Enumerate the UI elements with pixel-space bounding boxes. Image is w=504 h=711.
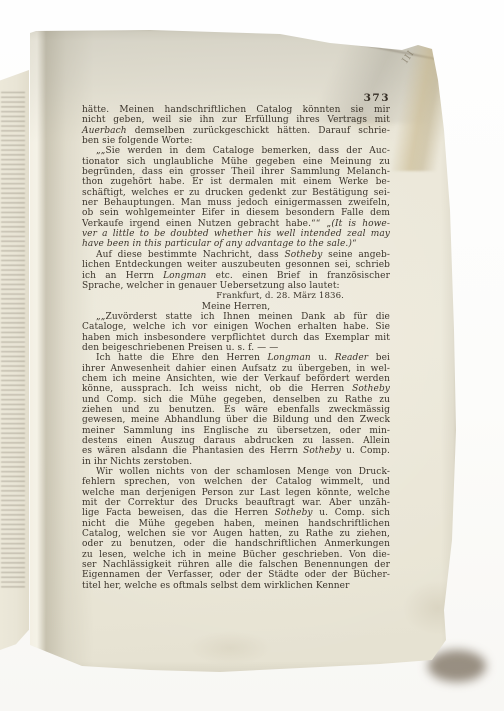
- text-line: „„Sie werden in dem Cataloge bemerken, d…: [82, 146, 390, 156]
- text-line: ser Nachlässigkeit rühren alle die falsc…: [82, 560, 390, 570]
- text-line: ich an Herrn Longman etc. einen Brief in…: [82, 271, 390, 281]
- text-line: nicht die Mühe gegeben haben, meinen han…: [82, 519, 390, 529]
- salutation-line: Meine Herren,: [82, 302, 390, 312]
- text-line: tionator sich unglaubliche Mühe gegeben …: [82, 157, 390, 167]
- page-corner-shadow: [428, 650, 486, 682]
- text-line: gewesen, meine Abhandlung über die Bildu…: [82, 415, 390, 425]
- text-line: ver a little to be doubted whether his w…: [82, 229, 390, 239]
- text-line: thon zugehört habe. Er ist dermalen mit …: [82, 177, 390, 187]
- text-line: welche man derjenigen Person zur Last le…: [82, 488, 390, 498]
- text-line: destens einen Auszug daraus abdrucken zu…: [82, 436, 390, 446]
- text-line: ziehen und zu benutzen. Es wäre ebenfall…: [82, 405, 390, 415]
- text-line: hätte. Meinen handschriftlichen Catalog …: [82, 105, 390, 115]
- text-line: Auf diese bestimmte Nachricht, dass Soth…: [82, 250, 390, 260]
- text-line: Wir wollen nichts von der schamlosen Men…: [82, 467, 390, 477]
- text-line: Eigennamen der Verfasser, oder der Städt…: [82, 570, 390, 580]
- text-line: oder zu benutzen, oder die handschriftli…: [82, 539, 390, 549]
- text-line: ihrer Anwesenheit dahier einen Aufsatz z…: [82, 364, 390, 374]
- text-line: meiner Sammlung ins Englische zu überset…: [82, 426, 390, 436]
- text-line: Cataloge, welche ich vor einigen Wochen …: [82, 322, 390, 332]
- facing-page-edge: [0, 70, 29, 650]
- book-photo-scene: III 373 hätte. Meinen handschriftlichen …: [0, 0, 504, 711]
- book-page: III 373 hätte. Meinen handschriftlichen …: [30, 28, 458, 676]
- text-line: fehlern sprechen, von welchen der Catalo…: [82, 477, 390, 487]
- text-block: hätte. Meinen handschriftlichen Catalog …: [82, 105, 390, 591]
- text-line: Verkaufe irgend einen Nutzen gebracht ha…: [82, 219, 390, 229]
- text-line: und Comp. sich die Mühe gegeben, denselb…: [82, 395, 390, 405]
- page-number: 373: [82, 92, 390, 104]
- text-line: den beigeschriebenen Preisen u. s. f. — …: [82, 343, 390, 353]
- text-line: schäftigt, welches er zu drucken gedenkt…: [82, 188, 390, 198]
- text-line: ob sein wohlgemeinter Eifer in diesem be…: [82, 208, 390, 218]
- text-line: mit der Correktur des Drucks beauftragt …: [82, 498, 390, 508]
- text-line: lichen Entdeckungen weiter auszubeuten g…: [82, 260, 390, 270]
- facing-page-text-bleed: [1, 90, 25, 590]
- text-line: lige Facta beweisen, das die Herren Soth…: [82, 508, 390, 518]
- text-line: chem ich meine Ansichten, wie der Verkau…: [82, 374, 390, 384]
- text-line: „„Zuvörderst statte ich Ihnen meinen Dan…: [82, 312, 390, 322]
- text-line: könne, aussprach. Ich weiss nicht, ob di…: [82, 384, 390, 394]
- text-line: begründen, dass ein grosser Theil ihrer …: [82, 167, 390, 177]
- text-line: Catalog, welchen sie vor Augen hatten, z…: [82, 529, 390, 539]
- text-line: in ihr Nichts zerstoben.: [82, 457, 390, 467]
- text-line: es wären alsdann die Phantasien des Herr…: [82, 446, 390, 456]
- text-line: have been in this particular of any adva…: [82, 239, 390, 249]
- date-line: Frankfurt, d. 28. März 1836.: [82, 291, 390, 301]
- text-line: Sprache, welcher in genauer Uebersetzung…: [82, 281, 390, 291]
- text-line: titel her, welche es oftmals selbst dem …: [82, 581, 390, 591]
- text-line: haben mich insbesondere verpflichtet dur…: [82, 333, 390, 343]
- text-line: Auerbach demselben zurückgeschickt hätte…: [82, 126, 390, 136]
- text-line: zu lesen, welche ich in meine Bücher ges…: [82, 550, 390, 560]
- text-line: Ich hatte die Ehre den Herren Longman u.…: [82, 353, 390, 363]
- text-line: ner Behauptungen. Man muss jedoch einige…: [82, 198, 390, 208]
- text-line: ben sie folgende Worte:: [82, 136, 390, 146]
- text-line: nicht geben, weil sie ihn zur Erfüllung …: [82, 115, 390, 125]
